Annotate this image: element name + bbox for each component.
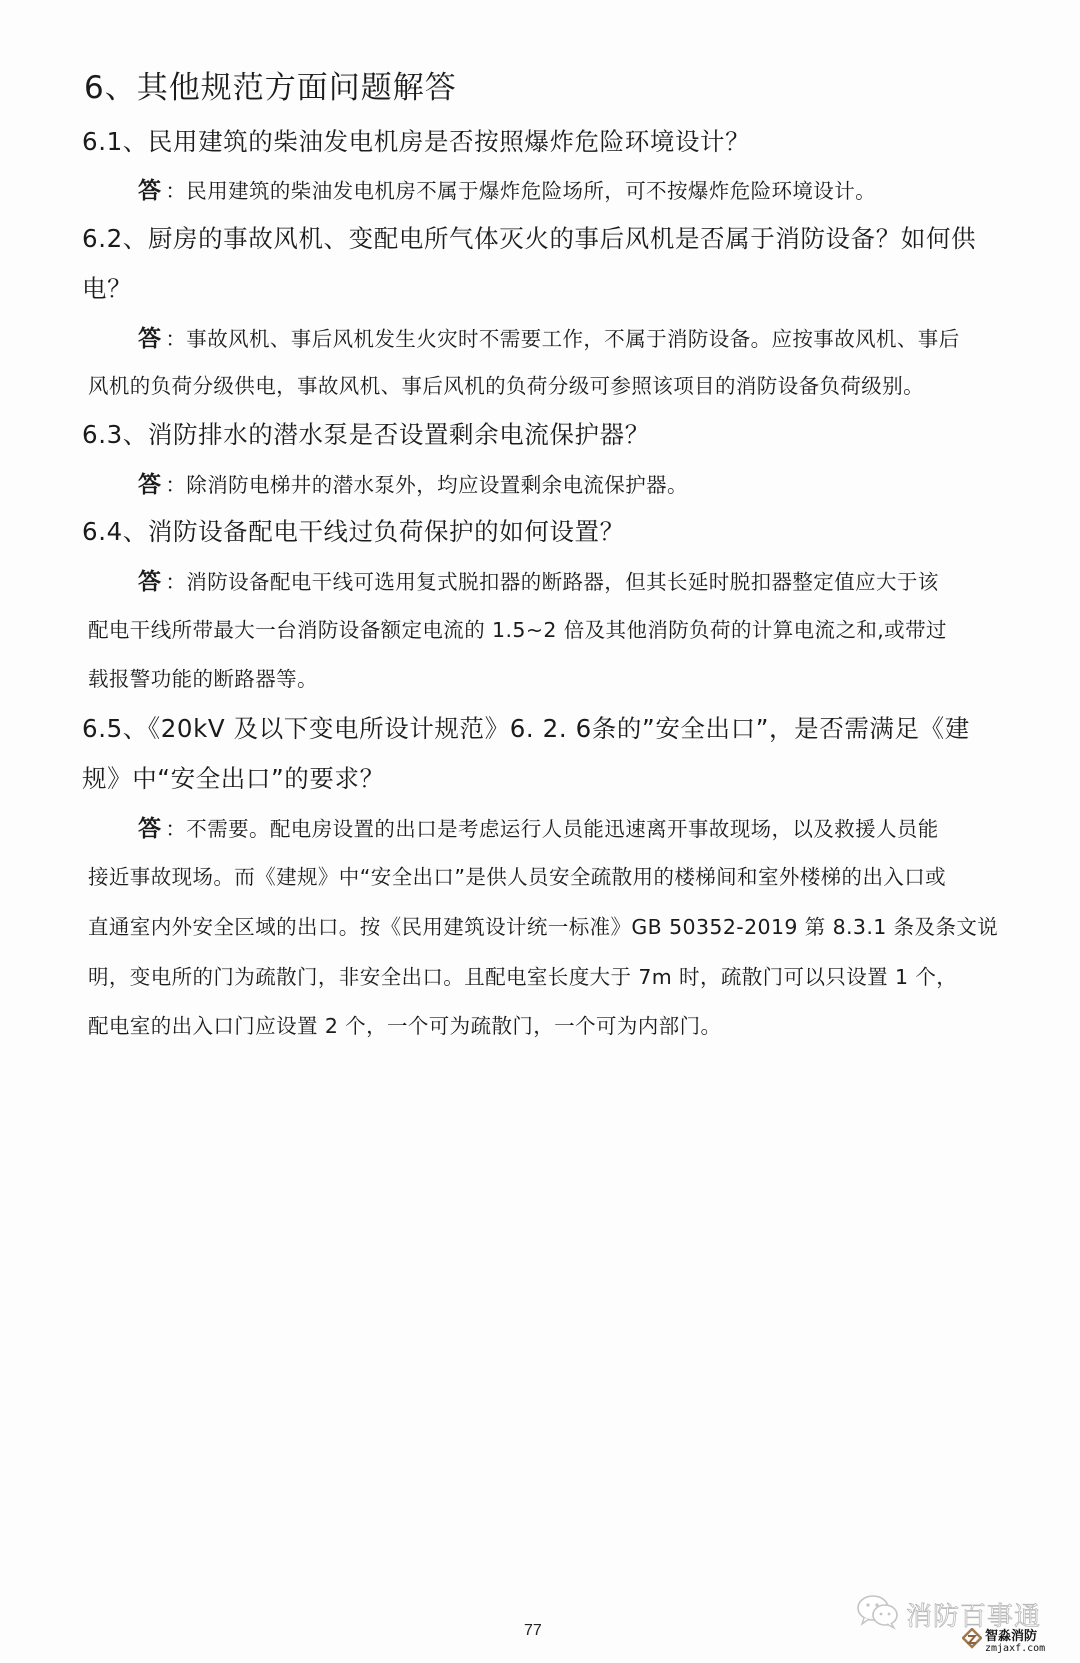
question-6-5-line-2: 规》中“安全出口”的要求？ xyxy=(82,760,385,795)
answer-label: 答 xyxy=(138,472,161,498)
question-6-4: 6.4、消防设备配电干线过负荷保护的如何设置？ xyxy=(82,513,625,548)
question-6-1: 6.1、民用建筑的柴油发电机房是否按照爆炸危险环境设计？ xyxy=(82,123,750,158)
answer-6-4-line-2: 配电干线所带最大一台消防设备额定电流的 1.5~2 倍及其他消防负荷的计算电流之… xyxy=(88,613,947,643)
brand-name: 智淼消防 xyxy=(985,1630,1045,1644)
question-6-2-line-2: 电？ xyxy=(82,270,132,305)
answer-6-2-line-2: 风机的负荷分级供电，事故风机、事后风机的负荷分级可参照该项目的消防设备负荷级别。 xyxy=(88,369,924,399)
answer-6-5-line-2: 接近事故现场。而《建规》中“安全出口”是供人员安全疏散用的楼梯间和室外楼梯的出入… xyxy=(88,860,946,890)
wechat-icon xyxy=(856,1594,900,1634)
answer-label: 答 xyxy=(138,816,161,842)
answer-6-5-line-4: 明，变电所的门为疏散门，非安全出口。且配电室长度大于 7m 时，疏散门可以只设置… xyxy=(88,960,957,990)
answer-label: 答 xyxy=(138,178,161,204)
answer-6-5-line-5: 配电室的出入口门应设置 2 个，一个可为疏散门，一个可为内部门。 xyxy=(88,1009,721,1039)
answer-text: ：事故风机、事后风机发生火灾时不需要工作，不属于消防设备。应按事故风机、事后 xyxy=(165,327,959,351)
answer-label: 答 xyxy=(138,326,161,352)
brand-url: zmjaxf.com xyxy=(985,1644,1045,1655)
answer-text: ：不需要。配电房设置的出口是考虑运行人员能迅速离开事故现场，以及救援人员能 xyxy=(165,817,938,841)
answer-text: ：消防设备配电干线可选用复式脱扣器的断路器，但其长延时脱扣器整定值应大于该 xyxy=(165,570,938,594)
answer-text: ：除消防电梯井的潜水泵外，均应设置剩余电流保护器。 xyxy=(165,473,688,497)
question-6-5-line-1: 6.5、《20kV 及以下变电所设计规范》6. 2. 6条的”安全出口”，是否需… xyxy=(82,710,970,745)
answer-6-5-line-1: 答：不需要。配电房设置的出口是考虑运行人员能迅速离开事故现场，以及救援人员能 xyxy=(138,810,939,843)
section-title: 6、其他规范方面问题解答 xyxy=(84,62,457,107)
answer-6-1: 答：民用建筑的柴油发电机房不属于爆炸危险场所，可不按爆炸危险环境设计。 xyxy=(138,172,876,205)
answer-label: 答 xyxy=(138,569,161,595)
zmjaxf-logo-icon xyxy=(962,1628,982,1656)
brand-stamp: 智淼消防 zmjaxf.com xyxy=(962,1628,1045,1656)
answer-6-2-line-1: 答：事故风机、事后风机发生火灾时不需要工作，不属于消防设备。应按事故风机、事后 xyxy=(138,320,960,353)
page-number: 77 xyxy=(524,1622,542,1640)
watermark-text: 消防百事通 xyxy=(906,1596,1041,1633)
document-page: 6、其他规范方面问题解答 6.1、民用建筑的柴油发电机房是否按照爆炸危险环境设计… xyxy=(0,0,1080,1663)
answer-text: ：民用建筑的柴油发电机房不属于爆炸危险场所，可不按爆炸危险环境设计。 xyxy=(165,179,876,203)
question-6-3: 6.3、消防排水的潜水泵是否设置剩余电流保护器？ xyxy=(82,416,650,451)
answer-6-4-line-3: 载报警功能的断路器等。 xyxy=(88,662,318,692)
answer-6-4-line-1: 答：消防设备配电干线可选用复式脱扣器的断路器，但其长延时脱扣器整定值应大于该 xyxy=(138,563,939,596)
question-6-2-line-1: 6.2、厨房的事故风机、变配电所气体灭火的事后风机是否属于消防设备？如何供 xyxy=(82,220,976,255)
answer-6-5-line-3: 直通室内外安全区域的出口。按《民用建筑设计统一标准》GB 50352-2019 … xyxy=(88,910,998,940)
answer-6-3: 答：除消防电梯井的潜水泵外，均应设置剩余电流保护器。 xyxy=(138,466,688,499)
